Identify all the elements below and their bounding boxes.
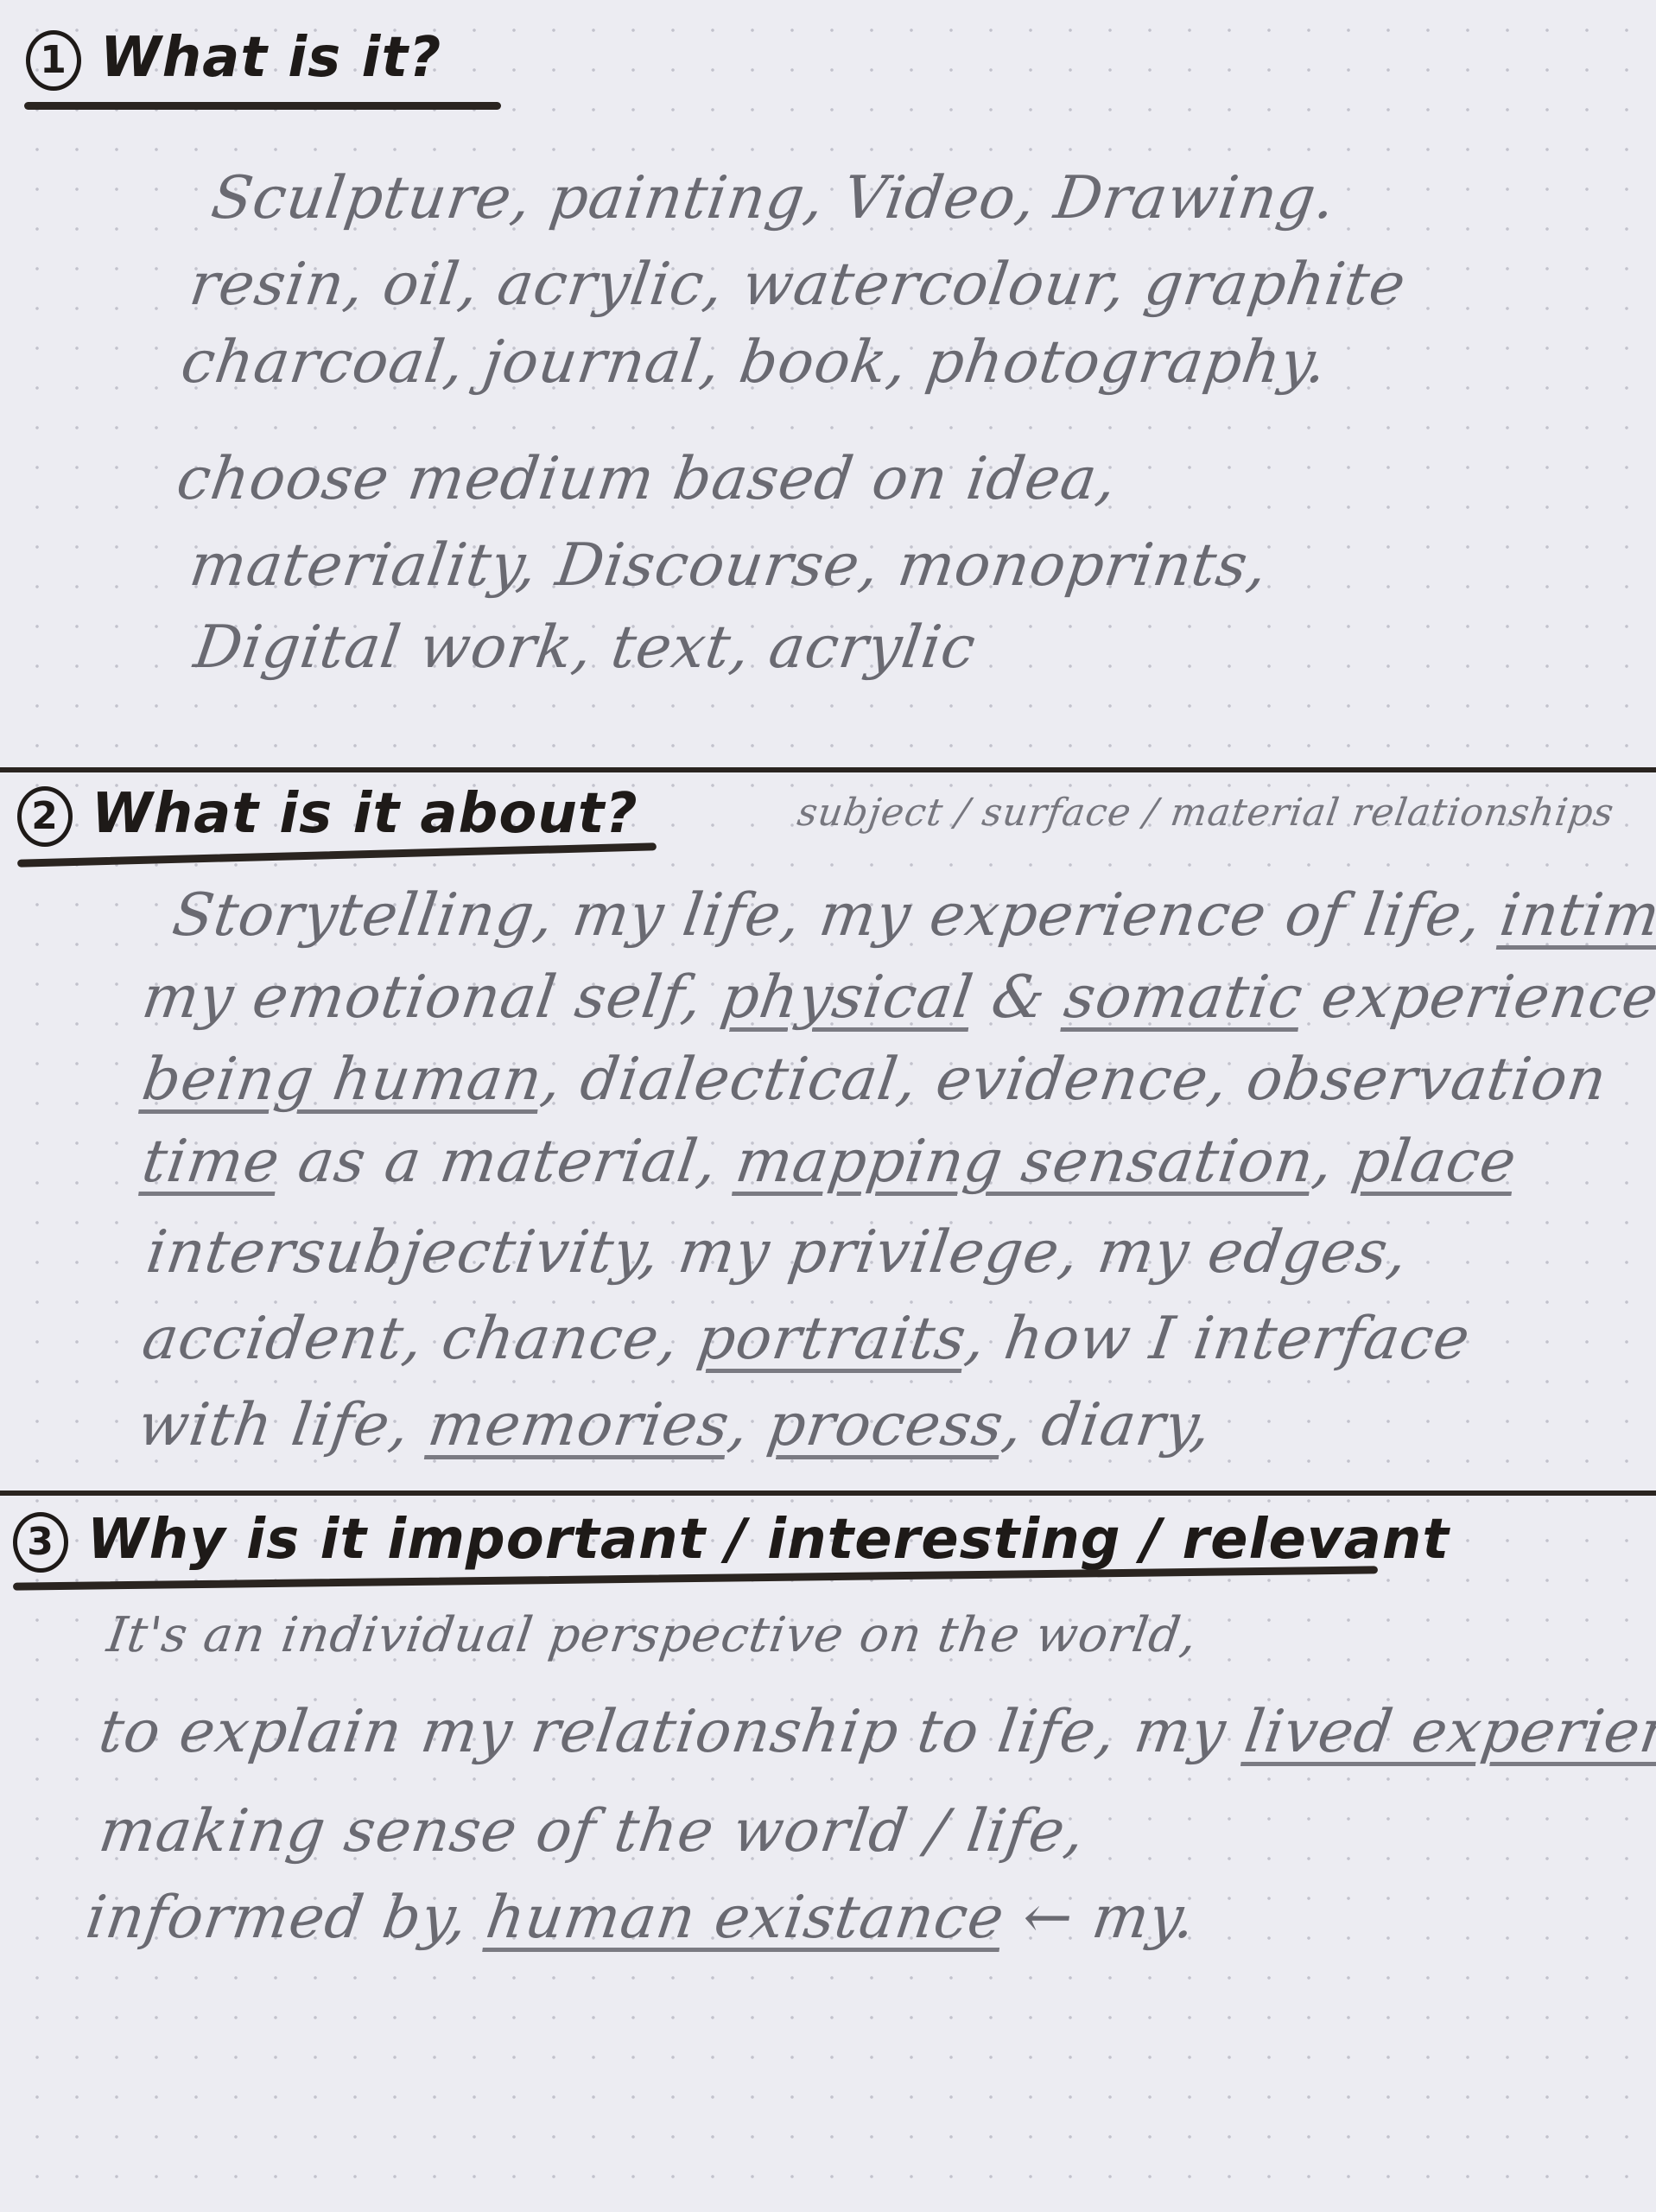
text-line: with life, memories, process, diary,: [134, 1391, 1215, 1459]
underlined-term: physical: [717, 963, 978, 1032]
underlined-term: being human: [138, 1046, 547, 1114]
text-line: Storytelling, my life, my experience of …: [168, 881, 1656, 950]
text-line: charcoal, journal, book, photography.: [177, 328, 1331, 397]
underlined-term: mapping sensation: [732, 1128, 1318, 1196]
section-3-heading: 3Why is it important / interesting / rel…: [13, 1508, 1450, 1573]
underlined-term: lived experience: [1240, 1698, 1656, 1766]
text-line: Digital work, text, acrylic: [190, 613, 980, 682]
text-line: to explain my relationship to life, my l…: [95, 1698, 1656, 1766]
underlined-term: portraits: [693, 1305, 970, 1373]
text-line: It's an individual perspective on the wo…: [104, 1607, 1201, 1663]
text-line: Sculpture, painting, Video, Drawing.: [207, 164, 1340, 232]
underlined-term: time: [138, 1128, 284, 1196]
side-note: subject / surface / material relationshi…: [795, 791, 1617, 835]
text-line: my emotional self, physical & somatic ex…: [138, 963, 1656, 1032]
text-line: being human, dialectical, evidence, obse…: [138, 1046, 1611, 1114]
section-2-heading: 2What is it about?: [17, 782, 638, 847]
text-line: intersubjectivity, my privilege, my edge…: [143, 1218, 1412, 1287]
section-divider: [0, 767, 1656, 772]
section-1-heading: 1What is it?: [26, 26, 441, 91]
text-line: choose medium based on idea,: [173, 445, 1121, 513]
heading-text: What is it about?: [92, 782, 638, 846]
heading-text: Why is it important / interesting / rele…: [87, 1508, 1450, 1572]
underlined-term: memories: [424, 1391, 734, 1459]
text-line: making sense of the world / life,: [95, 1797, 1089, 1866]
heading-underline: [24, 102, 501, 110]
text-line: informed by, human existance ← my.: [82, 1884, 1200, 1952]
section-number-badge: 2: [17, 786, 73, 847]
underlined-term: process: [764, 1391, 1008, 1459]
notebook-page: 1What is it? Sculpture, painting, Video,…: [0, 0, 1656, 2212]
underlined-term: somatic: [1060, 963, 1307, 1032]
underlined-term: intimacy: [1496, 881, 1656, 950]
section-number-badge: 1: [26, 30, 81, 91]
section-divider: [0, 1491, 1656, 1496]
text-line: accident, chance, portraits, how I inter…: [138, 1305, 1475, 1373]
section-number-badge: 3: [13, 1512, 68, 1573]
text-line: resin, oil, acrylic, watercolour, graphi…: [186, 251, 1410, 319]
underlined-term: place: [1348, 1128, 1520, 1196]
text-line: materiality, Discourse, monoprints,: [186, 531, 1272, 600]
text-line: time as a material, mapping sensation, p…: [138, 1128, 1520, 1196]
heading-text: What is it?: [100, 26, 441, 90]
underlined-term: human existance: [482, 1884, 1008, 1952]
